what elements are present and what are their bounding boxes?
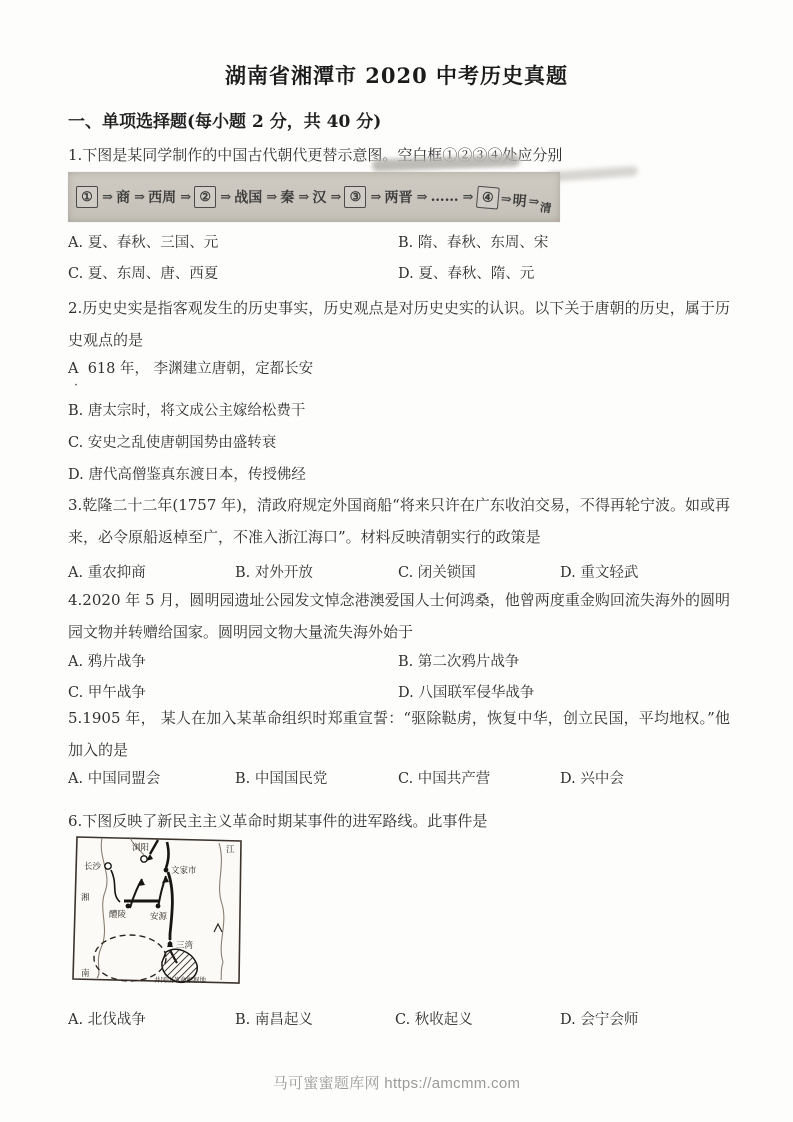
- map-label-xiang: 湘: [81, 892, 90, 903]
- q1-option-c: C. 夏、东周、唐、西夏: [68, 262, 218, 283]
- q1-option-a: A. 夏、春秋、三国、元: [68, 231, 218, 252]
- map-marker-liuyang: [141, 856, 147, 862]
- map-marker-wenjiashi: [164, 868, 169, 873]
- map-label-jinggangshan: 井冈山革命根据地: [154, 975, 207, 984]
- arrow-right-icon: ⇒: [102, 190, 112, 205]
- timeline-node-ming: 明: [511, 190, 527, 211]
- q6-option-d: D. 会宁会师: [560, 1008, 638, 1029]
- map-label-changsha: 长沙: [84, 861, 102, 872]
- arrow-right-icon: ⇒: [266, 190, 276, 205]
- arrow-right-icon: ⇒: [417, 190, 427, 205]
- q4-option-d: D. 八国联军侵华战争: [398, 681, 534, 702]
- map-label-liuyang: 浏阳: [132, 842, 149, 853]
- q5-option-a: A. 中国同盟会: [68, 767, 160, 788]
- arrow-right-icon: ⇒: [371, 190, 381, 205]
- arrow-right-icon: ⇒: [134, 190, 144, 205]
- section-header: 一、单项选择题(每小题 2 分，共 40 分): [68, 107, 381, 132]
- q5-option-d: D. 兴中会: [560, 767, 624, 788]
- map-label-jiang: 江: [226, 845, 235, 855]
- q2-option-a: A 618 年， 李渊建立唐朝，定都长安: [68, 357, 313, 378]
- timeline-node-zhanguo: 战国: [234, 187, 262, 207]
- map-marker-sanwan: [168, 942, 173, 947]
- timeline-node-han: 汉: [312, 187, 326, 207]
- watermark-footer: 马可蜜蜜题库网 https://amcmm.com: [0, 1072, 793, 1093]
- arrow-right-icon: ⇒: [330, 190, 340, 205]
- q3-option-d: D. 重文轻武: [560, 561, 638, 582]
- q4-option-a: A. 鸦片战争: [68, 650, 146, 671]
- q2-option-b: B. 唐太宗时，将文成公主嫁给松费干: [68, 399, 305, 420]
- arrow-right-icon: ⇒: [500, 191, 511, 207]
- timeline-ellipsis: ……: [431, 189, 459, 205]
- timeline-box-1: ①: [76, 186, 98, 208]
- map-marker-liling: [126, 904, 131, 909]
- q4-option-c: C. 甲午战争: [68, 681, 146, 702]
- arrow-right-icon: ⇒: [528, 194, 539, 210]
- timeline-node-qing: 清: [539, 199, 552, 216]
- map-marker-changsha: [105, 863, 111, 869]
- q5-option-b: B. 中国国民党: [235, 767, 327, 788]
- q1-dynasty-timeline-figure: ① ⇒ 商 ⇒ 西周 ⇒ ② ⇒ 战国 ⇒ 秦 ⇒ 汉 ⇒ ③ ⇒ 两晋 ⇒ ……: [68, 172, 560, 222]
- timeline-tail-group: ④ ⇒ 明 ⇒ 清: [476, 186, 553, 214]
- timeline-box-3: ③: [344, 186, 366, 208]
- question-5-stem: 5.1905 年， 某人在加入某革命组织时郑重宣誓：“驱除鞑虏，恢复中华，创立民…: [68, 702, 730, 766]
- map-marker-anyuan: [156, 904, 161, 909]
- map-label-anyuan: 安源: [150, 911, 168, 922]
- question-2-stem: 2.历史史实是指客观发生的历史事实，历史观点是对历史史实的认识。以下关于唐朝的历…: [68, 292, 730, 356]
- q6-option-a: A. 北伐战争: [68, 1008, 146, 1029]
- timeline-node-qin: 秦: [280, 187, 294, 207]
- q3-option-c: C. 闭关锁国: [398, 561, 476, 582]
- q3-option-b: B. 对外开放: [235, 561, 313, 582]
- map-label-wenjiashi: 文家市: [171, 865, 197, 876]
- timeline-node-xizhou: 西周: [148, 187, 176, 207]
- page-title: 湖南省湘潭市 2020 中考历史真题: [0, 60, 793, 90]
- q6-march-route-map-figure: 浏阳 江 长沙 文家市 湘 醴陵 安源 三湾 井冈山革命根据地 南: [70, 832, 248, 994]
- q3-option-a: A. 重农抑商: [68, 561, 146, 582]
- question-3-stem: 3.乾隆二十二年(1757 年)，清政府规定外国商船“将来只许在广东收泊交易，不…: [68, 489, 730, 553]
- q2-option-d: D. 唐代高僧鉴真东渡日本，传授佛经: [68, 463, 306, 484]
- arrow-right-icon: ⇒: [220, 190, 230, 205]
- timeline-box-4: ④: [476, 186, 500, 210]
- q2-option-c: C. 安史之乱使唐朝国势由盛转衰: [68, 431, 276, 452]
- arrow-right-icon: ⇒: [298, 190, 308, 205]
- arrow-right-icon: ⇒: [463, 190, 473, 205]
- map-label-nan: 南: [81, 968, 90, 979]
- question-4-stem: 4.2020 年 5 月，圆明园遗址公园发文悼念港澳爱国人士何鸿桑，他曾两度重金…: [68, 584, 730, 648]
- arrow-right-icon: ⇒: [180, 190, 190, 205]
- q6-option-b: B. 南昌起义: [235, 1008, 313, 1029]
- q5-option-c: C. 中国共产营: [398, 767, 490, 788]
- map-label-sanwan: 三湾: [176, 940, 194, 951]
- map-label-liling: 醴陵: [109, 909, 127, 920]
- stray-ink-mark: ·: [74, 378, 78, 393]
- q1-option-d: D. 夏、春秋、隋、元: [398, 262, 534, 283]
- exam-document-page: 湖南省湘潭市 2020 中考历史真题 一、单项选择题(每小题 2 分，共 40 …: [0, 0, 793, 1122]
- timeline-box-2: ②: [194, 186, 216, 208]
- timeline-node-liangjin: 两晋: [385, 187, 413, 207]
- timeline-node-shang: 商: [116, 187, 130, 207]
- q4-option-b: B. 第二次鸦片战争: [398, 650, 519, 671]
- q1-option-b: B. 隋、春秋、东周、宋: [398, 231, 548, 252]
- q6-option-c: C. 秋收起义: [395, 1008, 473, 1029]
